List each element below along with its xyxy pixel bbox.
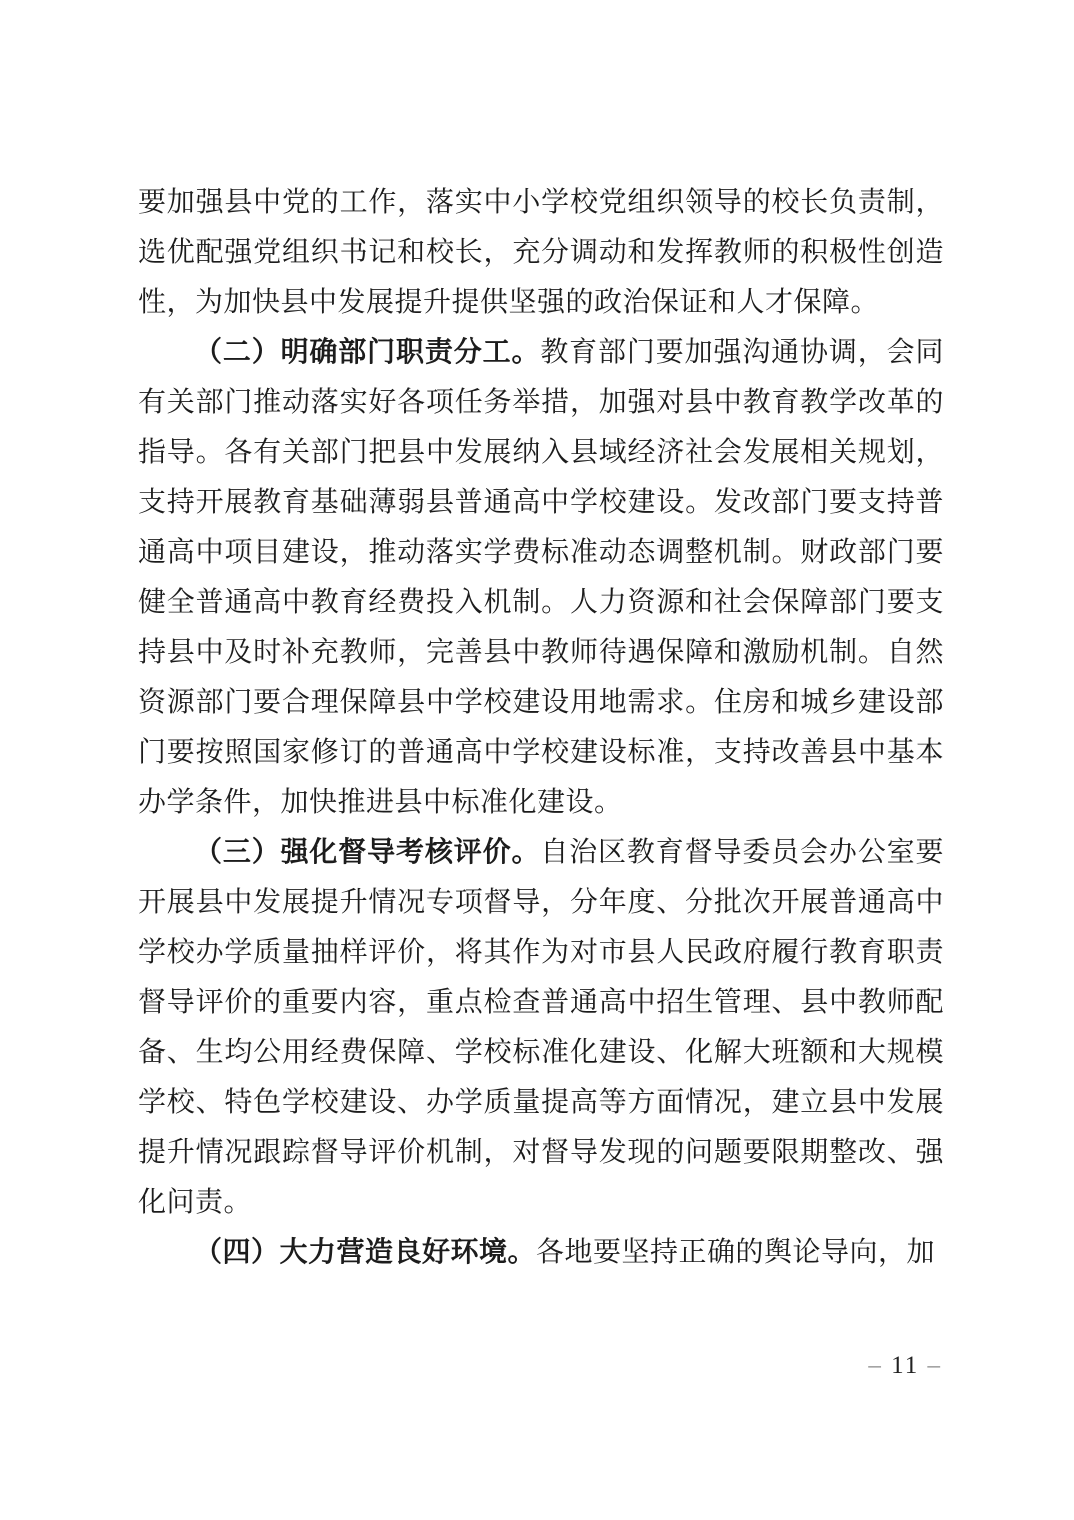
document-page: 要加强县中党的工作，落实中小学校党组织领导的校长负责制，选优配强党组织书记和校长…: [0, 0, 1074, 1520]
paragraph-lead: （二）明确部门职责分工。: [194, 337, 540, 368]
page-number-right-dash: –: [928, 1352, 943, 1379]
document-body: 要加强县中党的工作，落实中小学校党组织领导的校长负责制，选优配强党组织书记和校长…: [138, 178, 944, 1278]
page-number: – 11 –: [868, 1352, 942, 1380]
page-number-value: 11: [891, 1352, 919, 1379]
paragraph-text: 自治区教育督导委员会办公室要开展县中发展提升情况专项督导，分年度、分批次开展普通…: [138, 837, 944, 1218]
paragraph-text: 要加强县中党的工作，落实中小学校党组织领导的校长负责制，选优配强党组织书记和校长…: [138, 187, 944, 318]
paragraph-lead: （四）大力营造良好环境。: [194, 1237, 536, 1268]
paragraph-text: 教育部门要加强沟通协调，会同有关部门推动落实好各项任务举措，加强对县中教育教学改…: [138, 337, 944, 818]
paragraph-lead: （三）强化督导考核评价。: [194, 837, 540, 868]
page-number-left-dash: –: [868, 1352, 883, 1379]
paragraph-section-3: （三）强化督导考核评价。自治区教育督导委员会办公室要开展县中发展提升情况专项督导…: [138, 828, 944, 1228]
paragraph-section-2: （二）明确部门职责分工。教育部门要加强沟通协调，会同有关部门推动落实好各项任务举…: [138, 328, 944, 828]
paragraph-text: 各地要坚持正确的舆论导向，加: [536, 1237, 935, 1268]
paragraph-continuation: 要加强县中党的工作，落实中小学校党组织领导的校长负责制，选优配强党组织书记和校长…: [138, 178, 944, 328]
paragraph-section-4: （四）大力营造良好环境。各地要坚持正确的舆论导向，加: [138, 1228, 944, 1278]
